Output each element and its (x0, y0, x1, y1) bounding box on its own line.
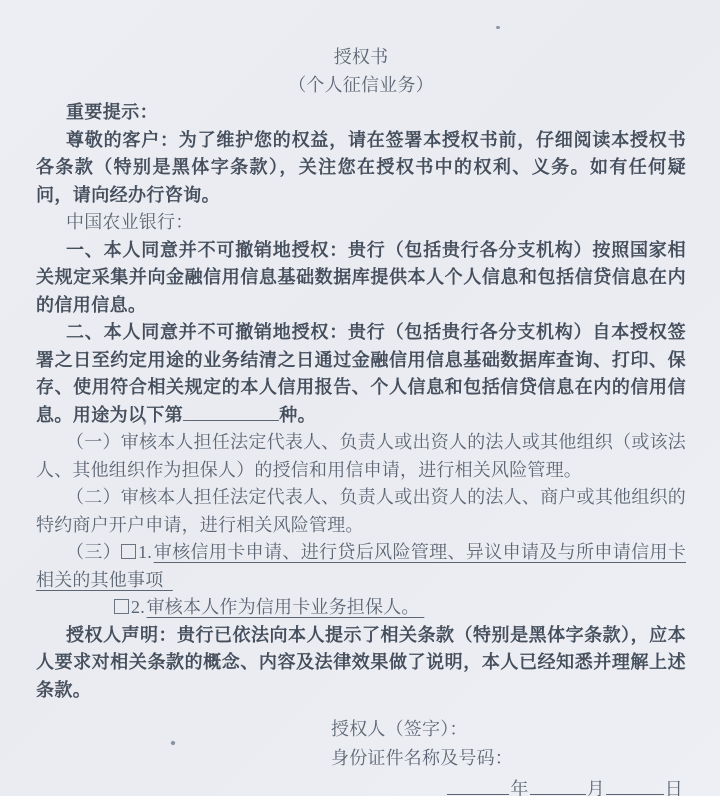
date-month-field[interactable] (530, 776, 586, 795)
date-day-label: 日 (664, 779, 684, 796)
clause-2-text-pre: 二、本人同意并不可撤销地授权：贵行（包括贵行各分支机构）自本授权签署之日至约定用… (36, 322, 686, 425)
date-day-field[interactable] (606, 776, 664, 795)
salutation: 中国农业银行： (36, 209, 686, 237)
scan-speck (496, 26, 500, 29)
purpose-item-2: （二）审核本人担任法定代表人、负责人或出资人的法人、商户或其他组织的特约商户开户… (36, 484, 686, 539)
declaration: 授权人声明：贵行已依法向本人提示了相关条款（特别是黑体字条款），应本人要求对相关… (36, 622, 686, 705)
option-1-underline-tail (163, 570, 172, 590)
date-line: 年月日 (36, 776, 686, 796)
scan-speck (170, 740, 175, 745)
date-year-field[interactable] (447, 776, 509, 795)
clause-2-text-post: 种。 (279, 405, 316, 425)
option-1-checkbox[interactable] (121, 544, 136, 559)
option-2-number: 2. (131, 597, 145, 617)
purpose-item-3: （三）1. 审核信用卡申请、进行贷后风险管理、异议申请及与所申请信用卡相关的其他… (36, 539, 686, 594)
document-subtitle: （个人征信业务） (36, 72, 686, 100)
date-month-label: 月 (586, 779, 606, 796)
option-1-number: 1. (138, 542, 152, 562)
purpose-item-1: （一）审核本人担任法定代表人、负责人或出资人的法人或其他组织（或该法人、其他组织… (36, 429, 686, 484)
notice-body: 尊敬的客户：为了维护您的权益，请在签署本授权书前，仔细阅读本授权书各条款（特别是… (36, 127, 686, 210)
notice-heading: 重要提示： (36, 99, 686, 127)
purpose-option-2: 2. 审核本人作为信用卡业务担保人。 (114, 594, 686, 622)
signature-label: 授权人（签字）： (331, 716, 686, 744)
document-title: 授权书 (36, 44, 686, 72)
option-2-text: 审核本人作为信用卡业务担保人。 (147, 597, 420, 617)
id-document-label: 身份证件名称及号码： (331, 745, 686, 773)
option-2-checkbox[interactable] (114, 599, 129, 614)
date-year-label: 年 (509, 779, 529, 796)
clause-2: 二、本人同意并不可撤销地授权：贵行（包括贵行各分支机构）自本授权签署之日至约定用… (36, 319, 686, 429)
option-2-underline-tail (420, 597, 425, 617)
item-3-label: （三） (66, 542, 121, 562)
signature-block: 授权人（签字）： 身份证件名称及号码： (331, 716, 686, 772)
clause-1: 一、本人同意并不可撤销地授权：贵行（包括贵行各分支机构）按照国家相关规定采集并向… (36, 237, 686, 320)
purpose-blank-field[interactable] (183, 402, 279, 421)
authorization-document-page: 授权书 （个人征信业务） 重要提示： 尊敬的客户：为了维护您的权益，请在签署本授… (0, 0, 720, 796)
